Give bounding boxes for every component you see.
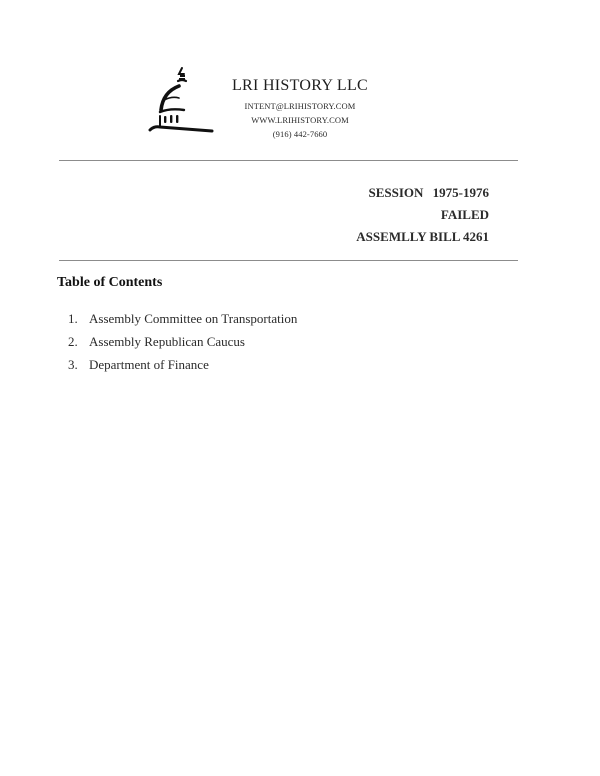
bill-number: ASSEMLLY BILL 4261 bbox=[356, 226, 489, 248]
bill-info-divider bbox=[59, 260, 518, 261]
company-name: LRI HISTORY LLC bbox=[215, 76, 385, 96]
session-line: SESSION 1975-1976 bbox=[356, 182, 489, 204]
session-label: SESSION bbox=[368, 185, 423, 200]
company-website: WWW.LRIHISTORY.COM bbox=[215, 113, 385, 127]
toc-list: 1.Assembly Committee on Transportation 2… bbox=[68, 307, 297, 376]
company-header: LRI HISTORY LLC INTENT@LRIHISTORY.COM WW… bbox=[215, 76, 385, 141]
toc-item[interactable]: 3.Department of Finance bbox=[68, 353, 297, 376]
header-divider bbox=[59, 160, 518, 161]
session-years: 1975-1976 bbox=[433, 185, 489, 200]
capitol-dome-icon bbox=[146, 66, 214, 138]
bill-status: FAILED bbox=[356, 204, 489, 226]
toc-item[interactable]: 1.Assembly Committee on Transportation bbox=[68, 307, 297, 330]
bill-info: SESSION 1975-1976 FAILED ASSEMLLY BILL 4… bbox=[356, 182, 489, 248]
toc-item-label[interactable]: Assembly Republican Caucus bbox=[89, 334, 245, 349]
toc-item-number: 1. bbox=[68, 307, 89, 330]
toc-item-label[interactable]: Department of Finance bbox=[89, 357, 209, 372]
toc-item-number: 3. bbox=[68, 353, 89, 376]
toc-item[interactable]: 2.Assembly Republican Caucus bbox=[68, 330, 297, 353]
company-phone: (916) 442-7660 bbox=[215, 127, 385, 141]
toc-item-label[interactable]: Assembly Committee on Transportation bbox=[89, 311, 297, 326]
toc-title: Table of Contents bbox=[57, 275, 162, 291]
toc-item-number: 2. bbox=[68, 330, 89, 353]
company-email: INTENT@LRIHISTORY.COM bbox=[215, 99, 385, 113]
